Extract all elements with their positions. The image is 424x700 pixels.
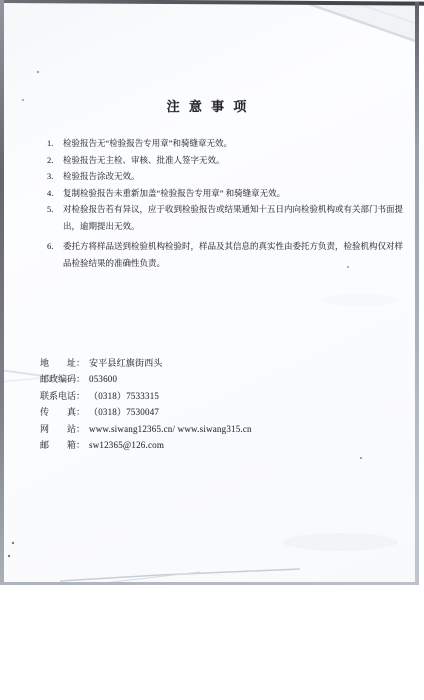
notice-item: 1. 检验报告无“检验报告专用章”和骑缝章无效。 xyxy=(47,135,405,152)
contact-label: 地 址： xyxy=(40,355,87,371)
item-number: 6. xyxy=(47,238,56,271)
contact-row-fax: 传 真： （0318）7530047 xyxy=(40,404,380,420)
notice-item: 4. 复制检验报告未重新加盖“检验报告专用章” 和骑缝章无效。 xyxy=(47,185,405,202)
item-text: 检验报告无主检、审核、批准人签字无效。 xyxy=(63,152,405,169)
item-text: 检验报告无“检验报告专用章”和骑缝章无效。 xyxy=(63,135,405,152)
scan-edge-right xyxy=(415,2,419,585)
scanned-page: { "document": { "title": "注 意 事 项", "ite… xyxy=(0,0,424,700)
contact-row-phone: 联系电话： （0318）7533315 xyxy=(40,388,380,404)
item-number: 4. xyxy=(47,185,56,202)
contact-label: 网 站： xyxy=(40,421,87,437)
contact-value: sw12365@126.com xyxy=(89,437,164,453)
contact-label: 邮政编码： xyxy=(40,371,87,387)
scan-edge-bottom xyxy=(1,582,419,585)
notice-item: 6. 委托方将样品送到检验机构检验时，样品及其信息的真实性由委托方负责，检验机构… xyxy=(47,238,405,271)
contact-row-postcode: 邮政编码： 053600 xyxy=(40,371,380,387)
contact-value: 安平县红旗街西头 xyxy=(89,355,163,371)
item-text: 对检验报告若有异议，应于收到检验报告或结果通知十五日内向检验机构或有关部门书面提… xyxy=(63,201,405,234)
scan-edge-left xyxy=(0,0,4,585)
item-number: 5. xyxy=(47,201,56,234)
page-title: 注 意 事 项 xyxy=(4,96,412,115)
contact-value: （0318）7530047 xyxy=(89,404,159,420)
notice-item: 2. 检验报告无主检、审核、批准人签字无效。 xyxy=(47,152,405,169)
item-text: 检验报告涂改无效。 xyxy=(63,168,405,185)
contact-label: 联系电话： xyxy=(40,388,87,404)
item-number: 1. xyxy=(47,135,56,152)
contact-row-email: 邮 箱： sw12365@126.com xyxy=(40,437,380,453)
item-text: 委托方将样品送到检验机构检验时，样品及其信息的真实性由委托方负责，检验机构仅对样… xyxy=(63,238,405,271)
contact-label: 邮 箱： xyxy=(40,437,87,453)
contact-value: www.siwang12365.cn/ www.siwang315.cn xyxy=(89,421,252,437)
item-number: 3. xyxy=(47,168,56,185)
contact-value: （0318）7533315 xyxy=(89,388,159,404)
contact-row-address: 地 址： 安平县红旗街西头 xyxy=(40,355,380,371)
item-number: 2. xyxy=(47,152,56,169)
crease-marks xyxy=(0,0,424,585)
notice-list: 1. 检验报告无“检验报告专用章”和骑缝章无效。 2. 检验报告无主检、审核、批… xyxy=(47,135,405,271)
contact-block: 地 址： 安平县红旗街西头 邮政编码： 053600 联系电话： （0318）7… xyxy=(40,355,380,453)
item-text: 复制检验报告未重新加盖“检验报告专用章” 和骑缝章无效。 xyxy=(63,185,405,202)
contact-label: 传 真： xyxy=(40,404,87,420)
notice-item: 3. 检验报告涂改无效。 xyxy=(47,168,405,185)
contact-value: 053600 xyxy=(89,371,117,387)
scanned-sheet: 注 意 事 项 1. 检验报告无“检验报告专用章”和骑缝章无效。 2. 检验报告… xyxy=(0,0,424,585)
contact-row-website: 网 站： www.siwang12365.cn/ www.siwang315.c… xyxy=(40,421,380,437)
notice-item: 5. 对检验报告若有异议，应于收到检验报告或结果通知十五日内向检验机构或有关部门… xyxy=(47,201,405,234)
